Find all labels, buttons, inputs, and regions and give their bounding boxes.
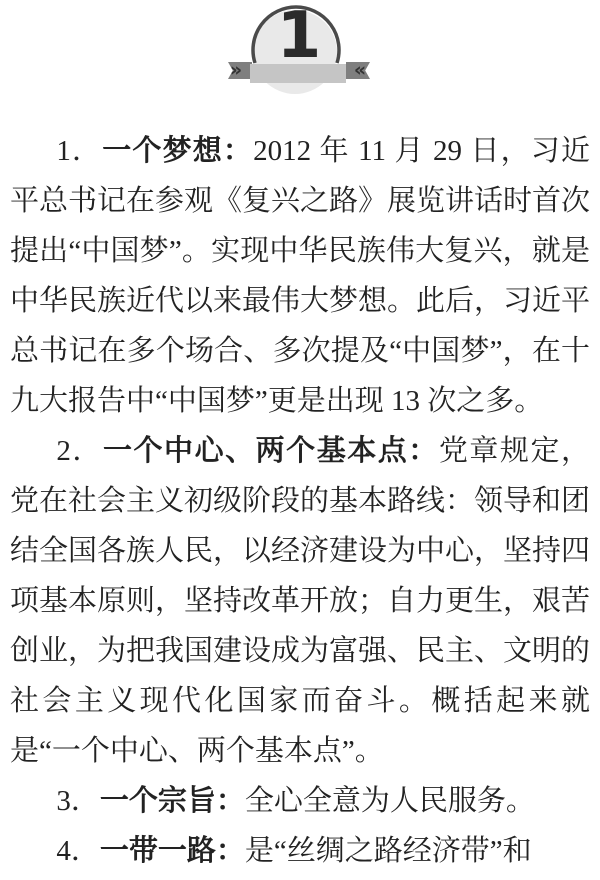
chapter-number: 1	[277, 3, 322, 69]
paragraph-body: 党章规定，党在社会主义初级阶段的基本路线：领导和团结全国各族人民，以经济建设为中…	[10, 435, 590, 767]
double-chevron-right-icon: »	[224, 62, 248, 79]
paragraph: 1．一个梦想：2012 年 11 月 29 日，习近平总书记在参观《复兴之路》展…	[10, 126, 590, 426]
double-chevron-left-icon: «	[348, 62, 372, 79]
paragraph: 2．一个中心、两个基本点：党章规定，党在社会主义初级阶段的基本路线：领导和团结全…	[10, 426, 590, 776]
paragraph: 3．一个宗旨：全心全意为人民服务。	[10, 776, 590, 826]
chapter-badge: » « 1	[0, 0, 600, 112]
paragraph-number: 1．	[56, 135, 102, 167]
paragraph-body: 是“丝绸之路经济带”和	[245, 835, 532, 867]
paragraph-term: 一个梦想：	[102, 135, 253, 167]
paragraph-number: 4．	[56, 835, 100, 867]
paragraph-number: 3．	[56, 785, 100, 817]
page-text: 1．一个梦想：2012 年 11 月 29 日，习近平总书记在参观《复兴之路》展…	[10, 126, 590, 876]
paragraph-term: 一个宗旨：	[100, 785, 245, 817]
paragraph-body: 2012 年 11 月 29 日，习近平总书记在参观《复兴之路》展览讲话时首次提…	[10, 135, 590, 417]
paragraph-term: 一带一路：	[100, 835, 245, 867]
paragraph: 4．一带一路：是“丝绸之路经济带”和	[10, 826, 590, 876]
paragraph-term: 一个中心、两个基本点：	[103, 435, 439, 467]
paragraph-number: 2．	[56, 435, 103, 467]
paragraph-body: 全心全意为人民服务。	[245, 785, 535, 817]
